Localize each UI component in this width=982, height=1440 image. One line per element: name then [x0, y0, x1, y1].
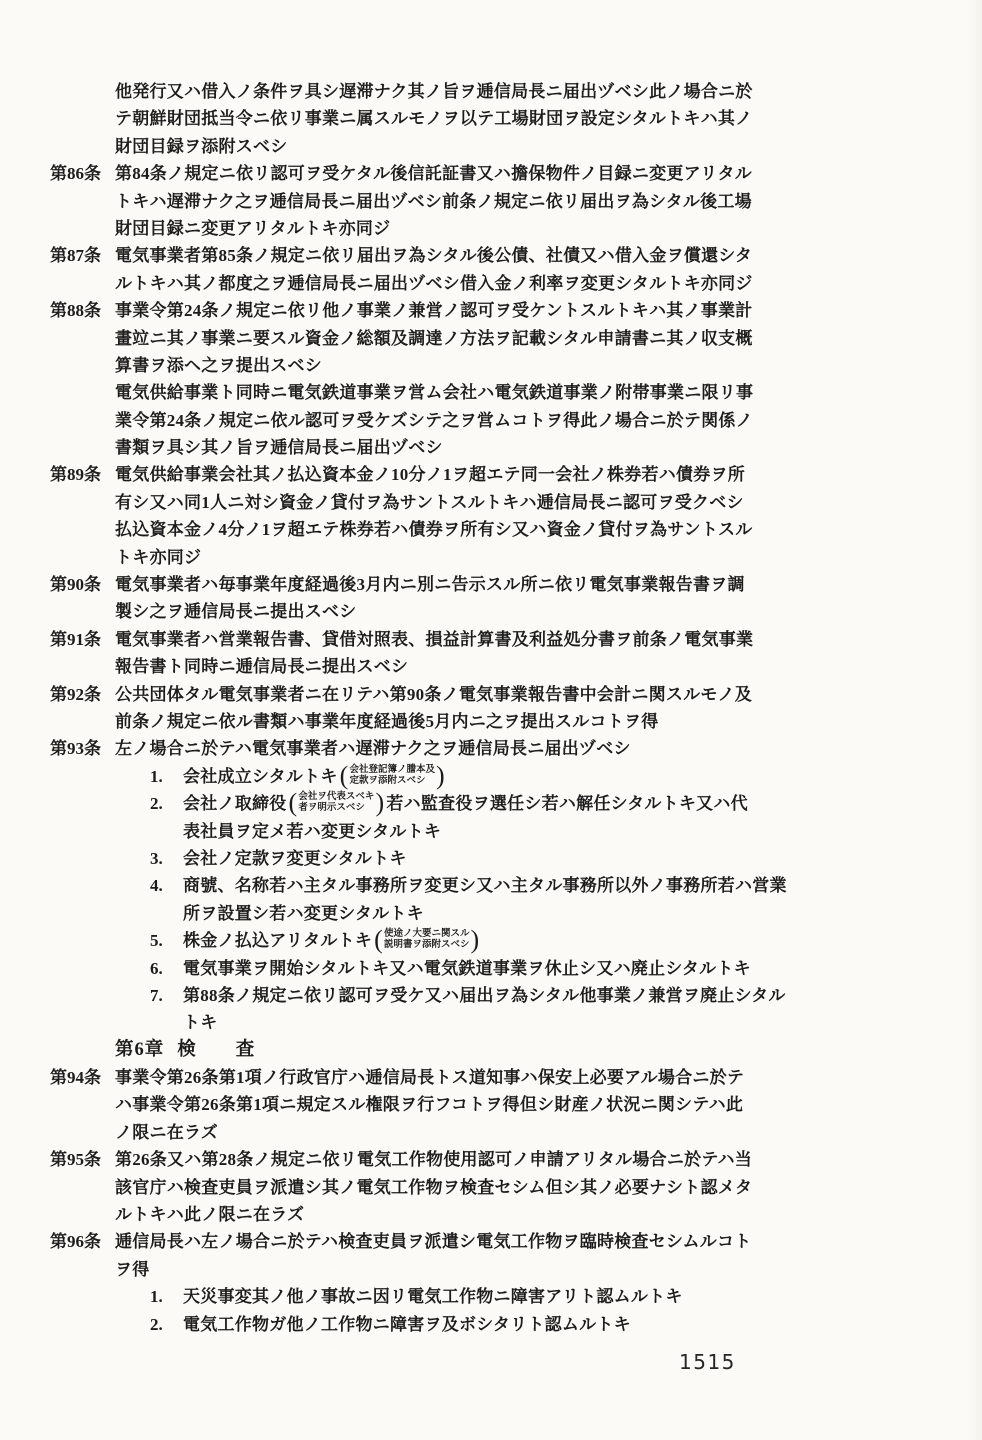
text-segment: 財団目録ヲ添附スベシ — [115, 137, 288, 156]
text-segment: ヲ得 — [115, 1260, 150, 1279]
text-line: 1.会社成立シタルトキ会社登記簿ノ謄本及定款ヲ添附スベシ — [0, 763, 982, 790]
list-item-number: 3. — [150, 845, 183, 872]
text-segment: 第84条ノ規定ニ依リ認可ヲ受ケタル後信託証書又ハ擔保物件ノ目録ニ変更アリタル — [115, 164, 752, 183]
article-label: 第89条 — [50, 461, 101, 488]
list-item-number: 4. — [150, 872, 183, 899]
text-segment: 左ノ場合ニ於テハ電気事業者ハ遅滞ナク之ヲ逓信局長ニ届出ヅベシ — [115, 739, 631, 758]
text-line: 書類ヲ具シ其ノ旨ヲ逓信局長ニ届出ヅベシ — [0, 434, 982, 461]
article-label: 第90条 — [50, 571, 101, 598]
text-segment: 逓信局長ハ左ノ場合ニ於テハ検査吏員ヲ派遣シ電気工作物ヲ臨時検査セシムルコト — [115, 1232, 752, 1251]
inline-note-stack: 会社ヲ代表スベキ者ヲ明示スベシ — [297, 792, 375, 814]
note-line: 会社登記簿ノ謄本及 — [350, 765, 436, 776]
scan-fold-shadow — [968, 0, 982, 1440]
text-line: トキ — [0, 1009, 982, 1036]
list-item-number: 1. — [150, 763, 183, 790]
text-segment: 業令第24条ノ規定ニ依ル認可ヲ受ケズシテ之ヲ営ムコトヲ得此ノ場合ニ於テ関係ノ — [115, 411, 753, 430]
text-line: 2.電気工作物ガ他ノ工作物ニ障害ヲ及ボシタリト認ムルトキ — [0, 1311, 982, 1338]
article-line: 第94条事業令第26条第1項ノ行政官庁ハ逓信局長トス道知事ハ保安上必要アル場合ニ… — [0, 1064, 982, 1091]
chapter-title: 検 査 — [177, 1040, 255, 1060]
text-segment: 第88条ノ規定ニ依リ認可ヲ受ケ又ハ届出ヲ為シタル他事業ノ兼営ヲ廃止シタル — [183, 986, 786, 1005]
list-item-number: 2. — [150, 790, 183, 817]
note-line: 会社ヲ代表スベキ — [298, 792, 374, 803]
article-label: 第88条 — [50, 297, 101, 324]
text-line: 表社員ヲ定メ若ハ変更シタルトキ — [0, 818, 982, 845]
text-segment: 株金ノ払込アリタルトキ — [183, 931, 372, 950]
text-line: 4.商號、名称若ハ主タル事務所ヲ変更シ又ハ主タル事務所以外ノ事務所若ハ営業 — [0, 872, 982, 899]
text-segment: 該官庁ハ検査吏員ヲ派遣シ其ノ電気工作物ヲ検査セシム但シ其ノ必要ナシト認メタ — [115, 1178, 752, 1197]
text-segment: 事業令第26条第1項ノ行政官庁ハ逓信局長トス道知事ハ保安上必要アル場合ニ於テ — [115, 1068, 744, 1087]
article-line: 第93条左ノ場合ニ於テハ電気事業者ハ遅滞ナク之ヲ逓信局長ニ届出ヅベシ — [0, 735, 982, 762]
inline-note-stack: 会社登記簿ノ謄本及定款ヲ添附スベシ — [349, 765, 437, 787]
article-line: 第95条第26条又ハ第28条ノ規定ニ依リ電気工作物使用認可ノ申請アリタル場合ニ於… — [0, 1146, 982, 1173]
text-segment: 払込資本金ノ4分ノ1ヲ超エテ株券若ハ債券ヲ所有シ又ハ資金ノ貸付ヲ為サントスル — [115, 520, 752, 539]
article-label: 第91条 — [50, 626, 101, 653]
article-line: 第96条逓信局長ハ左ノ場合ニ於テハ検査吏員ヲ派遣シ電気工作物ヲ臨時検査セシムルコ… — [0, 1228, 982, 1255]
note-line: 説明書ヲ添附スベシ — [384, 940, 470, 951]
text-segment: 畫竝ニ其ノ事業ニ要スル資金ノ総額及調達ノ方法ヲ記載シタル申請書ニ其ノ収支概 — [115, 329, 753, 348]
text-line: 有シ又ハ同1人ニ対シ資金ノ貸付ヲ為サントスルトキハ逓信局長ニ認可ヲ受クベシ — [0, 489, 982, 516]
text-segment: 他発行又ハ借入ノ条件ヲ具シ遅滞ナク其ノ旨ヲ逓信局長ニ届出ヅベシ此ノ場合ニ於 — [115, 82, 753, 101]
text-segment: 書類ヲ具シ其ノ旨ヲ逓信局長ニ届出ヅベシ — [115, 438, 443, 457]
document-page: 他発行又ハ借入ノ条件ヲ具シ遅滞ナク其ノ旨ヲ逓信局長ニ届出ヅベシ此ノ場合ニ於テ朝鮮… — [0, 0, 982, 1440]
text-line: テ朝鮮財団抵当令ニ依リ事業ニ属スルモノヲ以テ工場財団ヲ設定シタルトキハ其ノ — [0, 105, 982, 132]
article-line: 第91条電気事業者ハ営業報告書、貸借対照表、損益計算書及利益処分書ヲ前条ノ電気事… — [0, 626, 982, 653]
article-label: 第96条 — [50, 1228, 101, 1255]
text-line: ノ限ニ在ラズ — [0, 1119, 982, 1146]
note-line: 使途ノ大要ニ関スル — [384, 929, 470, 940]
text-segment: 第26条又ハ第28条ノ規定ニ依リ電気工作物使用認可ノ申請アリタル場合ニ於テハ当 — [115, 1150, 752, 1169]
text-segment: 報告書ト同時ニ逓信局長ニ提出スベシ — [115, 657, 408, 676]
text-segment: テ朝鮮財団抵当令ニ依リ事業ニ属スルモノヲ以テ工場財団ヲ設定シタルトキハ其ノ — [115, 109, 752, 128]
text-segment: ノ限ニ在ラズ — [115, 1123, 218, 1142]
text-segment: 所ヲ設置シ若ハ変更シタルトキ — [183, 904, 424, 923]
text-line: 製シ之ヲ逓信局長ニ提出スベシ — [0, 598, 982, 625]
list-item-number: 2. — [150, 1311, 183, 1338]
text-segment: 電気事業者ハ営業報告書、貸借対照表、損益計算書及利益処分書ヲ前条ノ電気事業 — [115, 630, 753, 649]
text-segment: 電気事業者第85条ノ規定ニ依リ届出ヲ為シタル後公債、社債又ハ借入金ヲ償還シタ — [115, 246, 752, 265]
text-segment: 天災事変其ノ他ノ事故ニ因リ電気工作物ニ障害アリト認ムルトキ — [183, 1287, 683, 1306]
text-segment: 電気事業ヲ開始シタルトキ又ハ電気鉄道事業ヲ休止シ又ハ廃止シタルトキ — [183, 959, 751, 978]
chapter-heading: 第6章検 査 — [0, 1037, 982, 1064]
text-line: ルトキハ此ノ限ニ在ラズ — [0, 1201, 982, 1228]
text-segment: 電気供給事業ト同時ニ電気鉄道事業ヲ営ム会社ハ電気鉄道事業ノ附帯事業ニ限リ事 — [115, 383, 753, 402]
article-line: 第89条電気供給事業会社其ノ払込資本金ノ10分ノ1ヲ超エテ同一会社ノ株券若ハ債券… — [0, 461, 982, 488]
text-line: 畫竝ニ其ノ事業ニ要スル資金ノ総額及調達ノ方法ヲ記載シタル申請書ニ其ノ収支概 — [0, 325, 982, 352]
text-line: 5.株金ノ払込アリタルトキ使途ノ大要ニ関スル説明書ヲ添附スベシ — [0, 927, 982, 954]
text-line: 該官庁ハ検査吏員ヲ派遣シ其ノ電気工作物ヲ検査セシム但シ其ノ必要ナシト認メタ — [0, 1174, 982, 1201]
article-line: 第86条第84条ノ規定ニ依リ認可ヲ受ケタル後信託証書又ハ擔保物件ノ目録ニ変更アリ… — [0, 160, 982, 187]
text-line: 算書ヲ添ヘ之ヲ提出スベシ — [0, 352, 982, 379]
text-segment: 会社成立シタルトキ — [183, 767, 338, 786]
text-segment: 前条ノ規定ニ依ル書類ハ事業年度経過後5月内ニ之ヲ提出スルコトヲ得 — [115, 712, 659, 731]
text-line: 報告書ト同時ニ逓信局長ニ提出スベシ — [0, 653, 982, 680]
article-label: 第86条 — [50, 160, 101, 187]
text-segment: 製シ之ヲ逓信局長ニ提出スベシ — [115, 602, 357, 621]
list-item-number: 1. — [150, 1283, 183, 1310]
text-line: 7.第88条ノ規定ニ依リ認可ヲ受ケ又ハ届出ヲ為シタル他事業ノ兼営ヲ廃止シタル — [0, 982, 982, 1009]
article-label: 第87条 — [50, 242, 101, 269]
text-line: 払込資本金ノ4分ノ1ヲ超エテ株券若ハ債券ヲ所有シ又ハ資金ノ貸付ヲ為サントスル — [0, 516, 982, 543]
text-line: 前条ノ規定ニ依ル書類ハ事業年度経過後5月内ニ之ヲ提出スルコトヲ得 — [0, 708, 982, 735]
text-segment: 若ハ監査役ヲ選任シ若ハ解任シタルトキ又ハ代 — [386, 794, 748, 813]
text-line: ハ事業令第26条第1項ニ規定スル権限ヲ行フコトヲ得但シ財産ノ状況ニ関シテハ此 — [0, 1091, 982, 1118]
text-line: 業令第24条ノ規定ニ依ル認可ヲ受ケズシテ之ヲ営ムコトヲ得此ノ場合ニ於テ関係ノ — [0, 407, 982, 434]
document-body: 他発行又ハ借入ノ条件ヲ具シ遅滞ナク其ノ旨ヲ逓信局長ニ届出ヅベシ此ノ場合ニ於テ朝鮮… — [0, 78, 982, 1338]
article-label: 第92条 — [50, 681, 101, 708]
text-segment: 算書ヲ添ヘ之ヲ提出スベシ — [115, 356, 322, 375]
text-segment: 商號、名称若ハ主タル事務所ヲ変更シ又ハ主タル事務所以外ノ事務所若ハ営業 — [183, 876, 787, 895]
text-segment: 電気工作物ガ他ノ工作物ニ障害ヲ及ボシタリト認ムルトキ — [183, 1315, 631, 1334]
note-line: 定款ヲ添附スベシ — [350, 776, 436, 787]
text-line: 電気供給事業ト同時ニ電気鉄道事業ヲ営ム会社ハ電気鉄道事業ノ附帯事業ニ限リ事 — [0, 379, 982, 406]
text-segment: ハ事業令第26条第1項ニ規定スル権限ヲ行フコトヲ得但シ財産ノ状況ニ関シテハ此 — [115, 1095, 743, 1114]
text-segment: 財団目録ニ変更アリタルトキ亦同ジ — [115, 219, 390, 238]
text-line: 財団目録ニ変更アリタルトキ亦同ジ — [0, 215, 982, 242]
article-line: 第88条事業令第24条ノ規定ニ依リ他ノ事業ノ兼営ノ認可ヲ受ケントスルトキハ其ノ事… — [0, 297, 982, 324]
list-item-number: 6. — [150, 955, 183, 982]
text-line: 所ヲ設置シ若ハ変更シタルトキ — [0, 900, 982, 927]
article-line: 第90条電気事業者ハ毎事業年度経過後3月内ニ別ニ告示スル所ニ依リ電気事業報告書ヲ… — [0, 571, 982, 598]
text-segment: 有シ又ハ同1人ニ対シ資金ノ貸付ヲ為サントスルトキハ逓信局長ニ認可ヲ受クベシ — [115, 493, 744, 512]
text-line: 1.天災事変其ノ他ノ事故ニ因リ電気工作物ニ障害アリト認ムルトキ — [0, 1283, 982, 1310]
text-segment: トキハ遅滞ナク之ヲ逓信局長ニ届出ヅベシ前条ノ規定ニ依リ届出ヲ為シタル後工場 — [115, 192, 752, 211]
text-line: 2.会社ノ取締役会社ヲ代表スベキ者ヲ明示スベシ若ハ監査役ヲ選任シ若ハ解任シタルト… — [0, 790, 982, 817]
article-label: 第93条 — [50, 735, 101, 762]
text-segment: 電気事業者ハ毎事業年度経過後3月内ニ別ニ告示スル所ニ依リ電気事業報告書ヲ調 — [115, 575, 745, 594]
text-line: 6.電気事業ヲ開始シタルトキ又ハ電気鉄道事業ヲ休止シ又ハ廃止シタルトキ — [0, 955, 982, 982]
article-line: 第92条公共団体タル電気事業者ニ在リテハ第90条ノ電気事業報告書中会計ニ関スルモ… — [0, 681, 982, 708]
text-segment: 会社ノ取締役 — [183, 794, 287, 813]
text-segment: 事業令第24条ノ規定ニ依リ他ノ事業ノ兼営ノ認可ヲ受ケントスルトキハ其ノ事業計 — [115, 301, 752, 320]
text-segment: ルトキハ其ノ都度之ヲ逓信局長ニ届出ヅベシ借入金ノ利率ヲ変更シタルトキ亦同ジ — [115, 274, 753, 293]
text-line: 3.会社ノ定款ヲ変更シタルトキ — [0, 845, 982, 872]
text-line: ルトキハ其ノ都度之ヲ逓信局長ニ届出ヅベシ借入金ノ利率ヲ変更シタルトキ亦同ジ — [0, 270, 982, 297]
text-segment: 表社員ヲ定メ若ハ変更シタルトキ — [183, 822, 441, 841]
inline-note: 会社登記簿ノ謄本及定款ヲ添附スベシ — [340, 763, 445, 789]
article-label: 第94条 — [50, 1064, 101, 1091]
page-number: 1515 — [679, 1350, 736, 1374]
list-item-number: 7. — [150, 982, 183, 1009]
text-segment: 会社ノ定款ヲ変更シタルトキ — [183, 849, 407, 868]
text-segment: 公共団体タル電気事業者ニ在リテハ第90条ノ電気事業報告書中会計ニ関スルモノ及 — [115, 685, 752, 704]
text-segment: トキ亦同ジ — [115, 548, 201, 567]
inline-note: 会社ヲ代表スベキ者ヲ明示スベシ — [289, 790, 385, 816]
text-segment: トキ — [183, 1013, 218, 1032]
text-segment: ルトキハ此ノ限ニ在ラズ — [115, 1205, 304, 1224]
text-segment: 電気供給事業会社其ノ払込資本金ノ10分ノ1ヲ超エテ同一会社ノ株券若ハ債券ヲ所 — [115, 465, 745, 484]
article-label: 第95条 — [50, 1146, 101, 1173]
article-line: 第87条電気事業者第85条ノ規定ニ依リ届出ヲ為シタル後公債、社債又ハ借入金ヲ償還… — [0, 242, 982, 269]
text-line: 他発行又ハ借入ノ条件ヲ具シ遅滞ナク其ノ旨ヲ逓信局長ニ届出ヅベシ此ノ場合ニ於 — [0, 78, 982, 105]
list-item-number: 5. — [150, 927, 183, 954]
text-line: トキ亦同ジ — [0, 544, 982, 571]
note-line: 者ヲ明示スベシ — [298, 803, 374, 814]
text-line: ヲ得 — [0, 1256, 982, 1283]
text-line: 財団目録ヲ添附スベシ — [0, 133, 982, 160]
text-line: トキハ遅滞ナク之ヲ逓信局長ニ届出ヅベシ前条ノ規定ニ依リ届出ヲ為シタル後工場 — [0, 188, 982, 215]
chapter-number: 第6章 — [115, 1040, 164, 1060]
inline-note-stack: 使途ノ大要ニ関スル説明書ヲ添附スベシ — [383, 929, 471, 951]
inline-note: 使途ノ大要ニ関スル説明書ヲ添附スベシ — [374, 927, 479, 953]
